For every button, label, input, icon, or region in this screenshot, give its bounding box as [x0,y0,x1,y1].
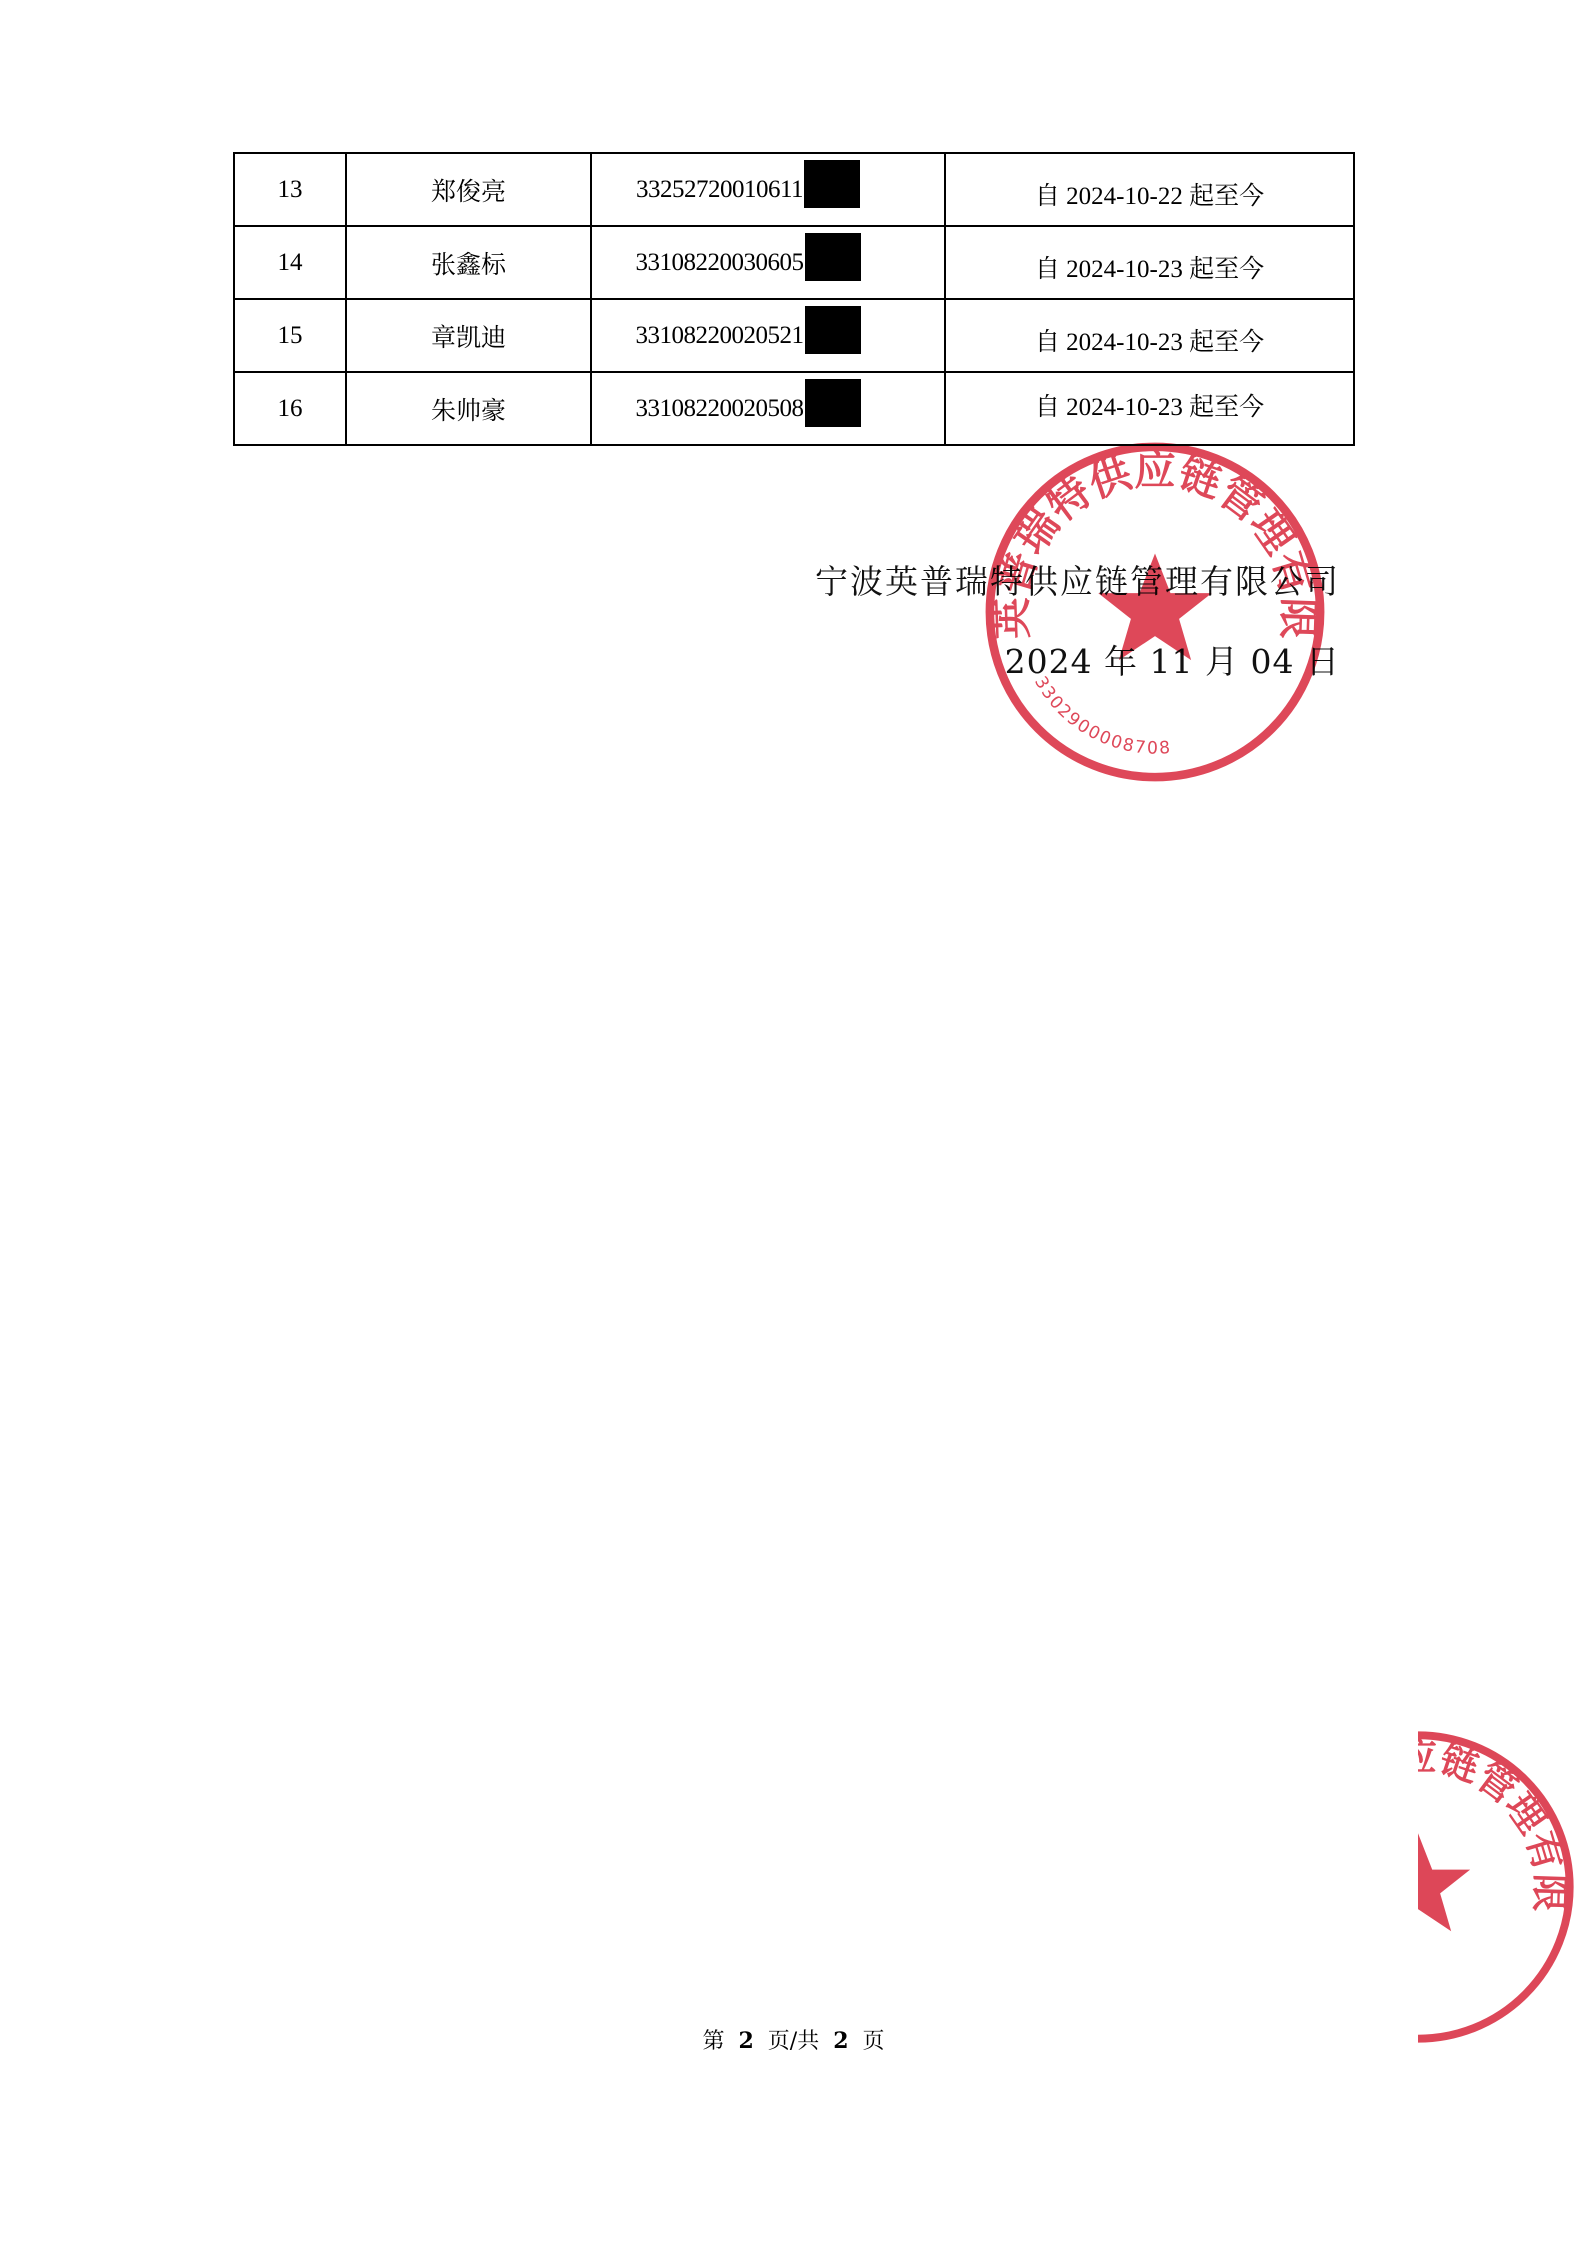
table-row: 16朱帅豪33108220020508自 2024-10-23 起至今 [234,372,1354,445]
table-row: 14张鑫标33108220030605自 2024-10-23 起至今 [234,226,1354,299]
cell-id: 33252720010611 [591,153,945,226]
cell-no: 13 [234,153,346,226]
current-page: 2 [738,2028,753,2054]
cell-no: 16 [234,372,346,445]
star-icon [1418,1833,1470,1931]
cell-period: 自 2024-10-22 起至今 [945,153,1354,226]
cell-name: 张鑫标 [346,226,591,299]
staff-table: 13郑俊亮33252720010611自 2024-10-22 起至今14张鑫标… [233,152,1355,446]
cell-id: 33108220020521 [591,299,945,372]
cell-id: 33108220020508 [591,372,945,445]
redaction-block [805,233,861,281]
cell-name: 章凯迪 [346,299,591,372]
footer-middle: 页/共 [768,2029,819,2054]
cell-period: 自 2024-10-23 起至今 [945,299,1354,372]
page-seam-seal: 宁波英普瑞特供应链管理有限公司 [1418,1725,1587,2050]
seal-name: 宁波英普瑞特供应链管理有限公司 [987,447,1322,640]
cell-id: 33108220030605 [591,226,945,299]
svg-text:宁波英普瑞特供应链管理有限公司: 宁波英普瑞特供应链管理有限公司 [987,447,1322,640]
cell-period: 自 2024-10-23 起至今 [945,372,1354,445]
footer-suffix: 页 [863,2029,885,2054]
table-row: 15章凯迪33108220020521自 2024-10-23 起至今 [234,299,1354,372]
cell-no: 14 [234,226,346,299]
company-signature: 宁波英普瑞特供应链管理有限公司 [815,556,1340,603]
seal-code: 3302900008708 [1030,673,1172,759]
cell-period: 自 2024-10-23 起至今 [945,226,1354,299]
footer-prefix: 第 [702,2029,724,2054]
table-row: 13郑俊亮33252720010611自 2024-10-22 起至今 [234,153,1354,226]
redaction-block [804,160,860,208]
cell-no: 15 [234,299,346,372]
signature-date: 2024 年 11 月 04 日 [1005,636,1340,683]
company-seal: 宁波英普瑞特供应链管理有限公司 3302900008708 [983,440,1327,784]
total-pages: 2 [833,2028,848,2054]
page-footer: 第2页/共2页 [0,2024,1587,2055]
svg-text:3302900008708: 3302900008708 [1030,673,1172,759]
redaction-block [805,306,861,354]
cell-name: 朱帅豪 [346,372,591,445]
redaction-block [805,379,861,427]
cell-name: 郑俊亮 [346,153,591,226]
